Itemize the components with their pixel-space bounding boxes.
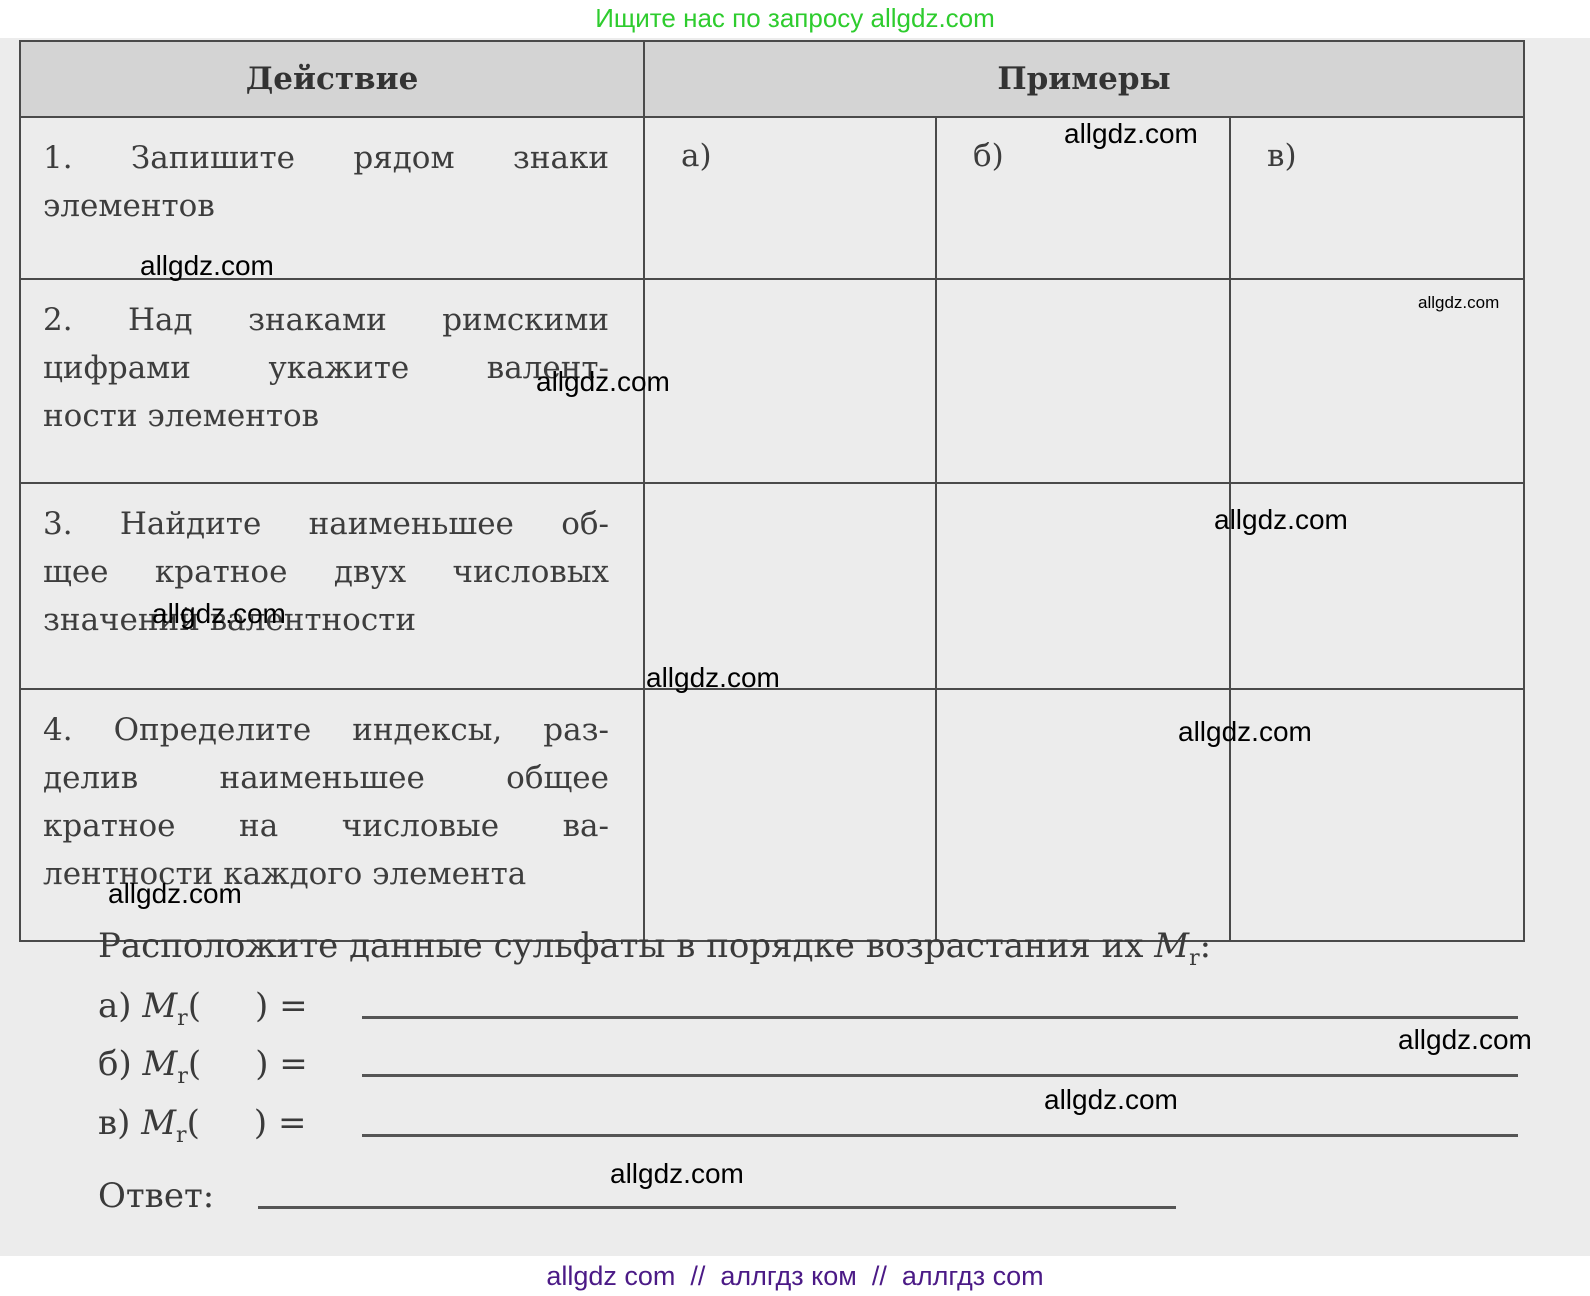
watermark: allgdz.com	[1044, 1086, 1178, 1114]
watermark: allgdz.com	[1214, 506, 1348, 534]
watermark: allgdz.com	[108, 880, 242, 908]
answer-cell[interactable]	[644, 279, 936, 483]
watermark: allgdz.com	[152, 600, 286, 628]
task-text: Расположите данные сульфаты в порядке во…	[98, 926, 1211, 971]
workbook-page: Действие Примеры 1. Запишите рядом знаки…	[0, 38, 1590, 1256]
top-banner: Ищите нас по запросу allgdz.com	[0, 0, 1590, 38]
answer-line-c[interactable]	[362, 1134, 1518, 1137]
watermark: allgdz.com	[140, 252, 274, 280]
answer-cell[interactable]	[936, 279, 1230, 483]
example-cell-c[interactable]: в)	[1230, 117, 1524, 279]
answer-cell[interactable]	[644, 689, 936, 941]
action-cell-3: 3. Найдите наименьшее об- щее кратное дв…	[20, 483, 644, 689]
watermark: allgdz.com	[1064, 120, 1198, 148]
formula-line-c: в) Mr( ) =	[98, 1103, 306, 1148]
answer-line-b[interactable]	[362, 1074, 1518, 1077]
formula-line-b: б) Mr( ) =	[98, 1044, 308, 1089]
watermark: allgdz.com	[646, 664, 780, 692]
final-answer-line[interactable]	[258, 1206, 1176, 1209]
header-examples: Примеры	[644, 41, 1524, 117]
watermark: allgdz.com	[1398, 1026, 1532, 1054]
watermark: allgdz.com	[610, 1160, 744, 1188]
watermark: allgdz.com	[1178, 718, 1312, 746]
answer-cell[interactable]	[644, 483, 936, 689]
watermark: allgdz.com	[536, 368, 670, 396]
formula-line-a: а) Mr( ) =	[98, 986, 308, 1031]
watermark: allgdz.com	[1418, 294, 1499, 311]
action-cell-1: 1. Запишите рядом знаки элементов	[20, 117, 644, 279]
table-row: 2. Над знаками римскими цифрами укажите …	[20, 279, 1524, 483]
example-cell-a[interactable]: а)	[644, 117, 936, 279]
answer-cell[interactable]	[936, 483, 1230, 689]
header-action: Действие	[20, 41, 644, 117]
bottom-banner: allgdz com // аллгдз ком // аллгдз com	[0, 1256, 1590, 1296]
action-table: Действие Примеры 1. Запишите рядом знаки…	[19, 40, 1525, 942]
answer-line-a[interactable]	[362, 1016, 1518, 1019]
answer-label: Ответ:	[98, 1176, 214, 1216]
